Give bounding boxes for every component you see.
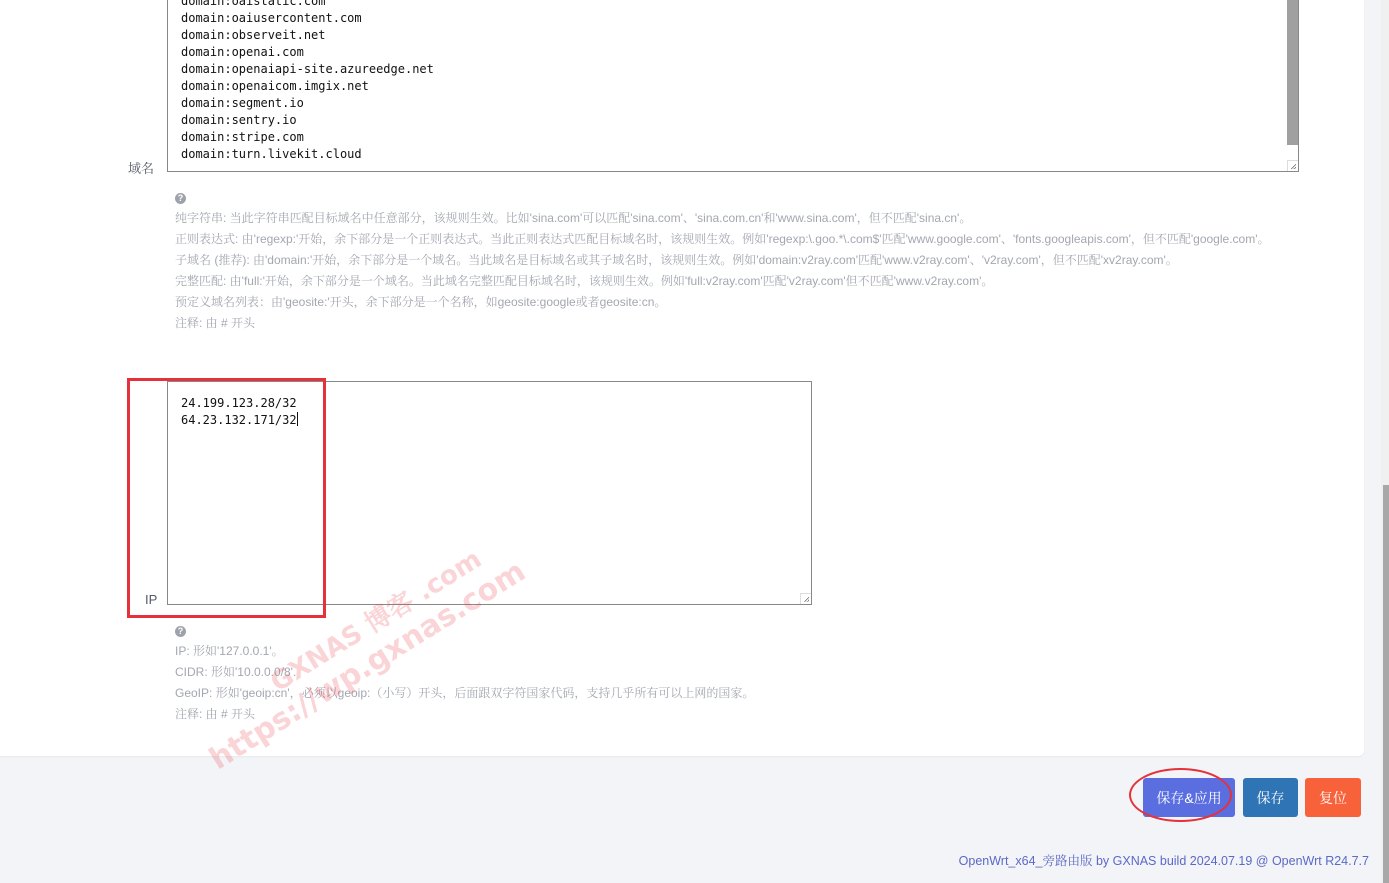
- help-line: CIDR: 形如'10.0.0.0/8'.: [175, 662, 754, 683]
- domain-line: domain:turn.livekit.cloud: [181, 146, 1298, 163]
- help-line: 正则表达式: 由'regexp:'开始，余下部分是一个正则表达式。当此正则表达式…: [175, 229, 1285, 250]
- question-circle-icon[interactable]: ?: [175, 193, 186, 204]
- page-scrollbar-thumb[interactable]: [1383, 485, 1389, 883]
- annotation-highlight-box: [127, 378, 326, 618]
- question-circle-icon[interactable]: ?: [175, 626, 186, 637]
- help-line: 预定义域名列表：由'geosite:'开头，余下部分是一个名称，如geosite…: [175, 292, 1285, 313]
- domain-list-textarea[interactable]: domain:oaistatic.com domain:oaiuserconte…: [167, 0, 1299, 172]
- ip-help: ? IP: 形如'127.0.0.1'。 CIDR: 形如'10.0.0.0/8…: [175, 620, 754, 725]
- domain-line: domain:oaiusercontent.com: [181, 10, 1298, 27]
- resize-handle[interactable]: [800, 593, 811, 604]
- help-line: 注释: 由 # 开头: [175, 313, 1285, 334]
- domain-line: domain:openaicom.imgix.net: [181, 78, 1298, 95]
- resize-handle[interactable]: [1287, 160, 1298, 171]
- settings-card: domain:oaistatic.com domain:oaiuserconte…: [0, 0, 1364, 756]
- help-line: 注释: 由 # 开头: [175, 704, 754, 725]
- domain-line: domain:oaistatic.com: [181, 0, 1298, 10]
- page-scrollbar[interactable]: [1381, 0, 1389, 883]
- reset-button[interactable]: 复位: [1305, 778, 1361, 817]
- domain-line: domain:sentry.io: [181, 112, 1298, 129]
- domain-label: 域名: [128, 158, 154, 177]
- help-line: 子域名 (推荐): 由'domain:'开始，余下部分是一个域名。当此域名是目标…: [175, 250, 1285, 271]
- footer-link[interactable]: OpenWrt_x64_旁路由版 by GXNAS build 2024.07.…: [959, 851, 1369, 869]
- domain-line: domain:segment.io: [181, 95, 1298, 112]
- help-line: 纯字符串: 当此字符串匹配目标域名中任意部分，该规则生效。比如'sina.com…: [175, 208, 1285, 229]
- domain-line: domain:stripe.com: [181, 129, 1298, 146]
- domain-line: domain:openaiapi-site.azureedge.net: [181, 61, 1298, 78]
- domain-line: domain:openai.com: [181, 44, 1298, 61]
- help-line: GeoIP: 形如'geoip:cn'，必须以geoip:（小写）开头，后面跟双…: [175, 683, 754, 704]
- help-line: 完整匹配: 由'full:'开始，余下部分是一个域名。当此域名完整匹配目标域名时…: [175, 271, 1285, 292]
- domain-help: ? 纯字符串: 当此字符串匹配目标域名中任意部分，该规则生效。比如'sina.c…: [175, 187, 1285, 334]
- textarea-scrollbar[interactable]: [1287, 0, 1298, 145]
- help-line: IP: 形如'127.0.0.1'。: [175, 641, 754, 662]
- annotation-circle: [1129, 768, 1232, 822]
- save-button[interactable]: 保存: [1243, 778, 1298, 817]
- domain-line: domain:observeit.net: [181, 27, 1298, 44]
